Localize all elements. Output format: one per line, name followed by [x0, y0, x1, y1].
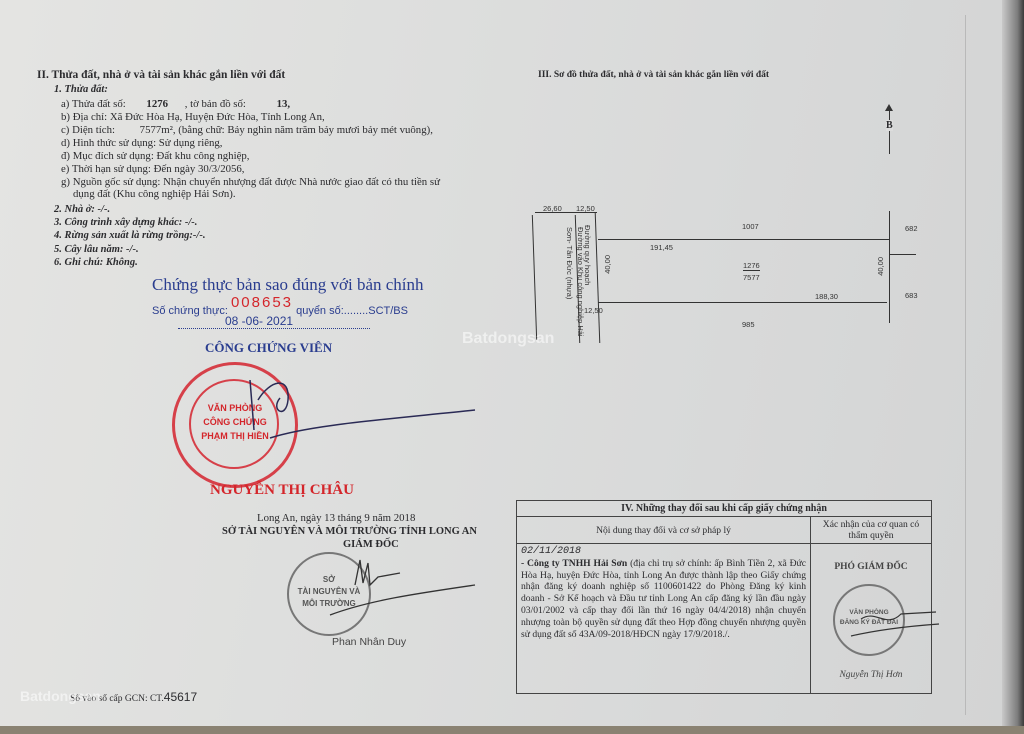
certification-number-value: 008653 [231, 294, 293, 311]
neighbor-ne-parcel: 682 [905, 224, 918, 233]
director-signature-icon [300, 555, 480, 625]
usage-origin-row: g) Nguồn gốc sử dụng: Nhận chuyển nhượng… [61, 176, 440, 188]
production-forest-item: 4. Rừng sản xuất là rừng trồng:-/-. [54, 230, 205, 241]
notary-name: NGUYỄN THỊ CHÂU [210, 482, 354, 499]
director-name: Phan Nhân Duy [332, 636, 406, 648]
parcel-number-label: 1276 [743, 261, 760, 271]
road-left-edge [532, 215, 537, 340]
area-value: 7577m², (bằng chữ: Bảy nghìn năm trăm bả… [140, 124, 433, 136]
certification-number-label: Số chứng thực: [152, 305, 228, 317]
parcel-number-value: 1276 [146, 98, 168, 110]
section-3-title: III. Sơ đồ thửa đất, nhà ở và tài sản kh… [538, 70, 769, 80]
issue-place-date: Long An, ngày 13 tháng 9 năm 2018 [257, 512, 415, 524]
notary-signature-icon [230, 370, 490, 450]
change-entry-date: 02/11/2018 [521, 546, 806, 558]
parcel-number-label: a) Thửa đất số: [61, 98, 126, 110]
change-entry: 02/11/2018 - Công ty TNHH Hải Sơn (địa c… [517, 544, 811, 694]
north-arrow-icon [885, 104, 893, 111]
usage-purpose-row: đ) Mục đích sử dụng: Đất khu công nghiệp… [61, 150, 249, 162]
registry-value: 45617 [164, 690, 197, 704]
watermark-center: Batdongsan [462, 330, 554, 348]
south-side-length: 188,30 [815, 292, 838, 301]
neighbor-se-parcel: 683 [905, 291, 918, 300]
section-4-title: IV. Những thay đổi sau khi cấp giấy chứn… [517, 501, 932, 517]
road-left-width: 26,60 [543, 204, 562, 213]
deputy-signature-icon [841, 604, 941, 644]
parcel-north-boundary [598, 239, 890, 240]
other-construction-item: 3. Công trình xây dựng khác: -/-. [54, 217, 197, 228]
perennial-tree-item: 5. Cây lâu năm: -/-. [54, 244, 139, 255]
land-parcel-heading: 1. Thửa đất: [54, 84, 108, 95]
issuing-authority: SỞ TÀI NGUYÊN VÀ MÔI TRƯỜNG TỈNH LONG AN [222, 526, 477, 537]
watermark-corner: Batdongsan [20, 688, 101, 704]
deputy-director-title: PHÓ GIÁM ĐỐC [815, 562, 927, 572]
issuer-position: GIÁM ĐỐC [343, 539, 399, 550]
usage-origin-row-2: dụng đất (Khu công nghiệp Hải Sơn). [73, 188, 236, 200]
notary-title: CÔNG CHỨNG VIÊN [205, 340, 332, 356]
road-planned-width-bottom: 12,50 [584, 306, 603, 315]
deputy-name: Nguyễn Thị Hơn [811, 670, 931, 680]
change-entry-text: (địa chỉ trụ sở chính: ấp Bình Tiền 2, x… [521, 558, 806, 640]
north-side-length: 191,45 [650, 243, 673, 252]
map-sheet-value: 13, [277, 98, 291, 110]
usage-form-row: d) Hình thức sử dụng: Sử dụng riêng, [61, 137, 223, 149]
road-right-edge [595, 213, 601, 343]
page-edge-shadow [1002, 0, 1024, 726]
parcel-area-label: 7577 [743, 273, 760, 282]
parcel-south-boundary [598, 302, 887, 303]
house-item: 2. Nhà ở: -/-. [54, 204, 110, 215]
certification-book-label: quyển số:........SCT/BS [296, 305, 408, 317]
north-label: B [886, 120, 893, 131]
area-label: c) Diện tích: [61, 124, 115, 136]
road-planned-width-top: 12,50 [576, 204, 595, 213]
address-row: b) Địa chỉ: Xã Đức Hòa Hạ, Huyện Đức Hòa… [61, 111, 325, 123]
certification-title: Chứng thực bản sao đúng với bản chính [152, 275, 424, 295]
neighbor-divider [890, 254, 916, 255]
area-row: c) Diện tích: 7577m², (bằng chữ: Bảy ngh… [61, 124, 433, 136]
changes-table: IV. Những thay đổi sau khi cấp giấy chứn… [516, 500, 932, 694]
parcel-east-boundary [889, 211, 890, 323]
change-entry-company: - Công ty TNHH Hải Sơn [521, 558, 627, 569]
note-item: 6. Ghi chú: Không. [54, 257, 138, 268]
section-2-title: II. Thửa đất, nhà ở và tài sản khác gắn … [37, 69, 285, 81]
west-side-length: 40,00 [603, 255, 612, 274]
parcel-number-row: a) Thửa đất số: 1276 , tờ bản đồ số: 13, [61, 98, 290, 110]
map-sheet-label: , tờ bản đồ số: [185, 98, 246, 110]
road-planned-name: Đường quy hoạch [583, 225, 592, 285]
certification-date: 08 -06- 2021 [225, 314, 293, 328]
usage-term-row: e) Thời hạn sử dụng: Đến ngày 30/3/2056, [61, 163, 245, 175]
neighbor-north-parcel: 1007 [742, 222, 759, 231]
change-content-header: Nội dung thay đổi và cơ sở pháp lý [517, 517, 811, 544]
authority-confirmation-cell: PHÓ GIÁM ĐỐC VĂN PHÒNG ĐĂNG KÝ ĐẤT ĐAI N… [811, 544, 932, 694]
page-fold [965, 15, 966, 715]
authority-confirmation-header: Xác nhận của cơ quan có thẩm quyền [811, 517, 932, 544]
north-arrow-shaft [889, 108, 890, 154]
east-side-length: 40,00 [876, 257, 885, 276]
parcel-diagram: 26,60 12,50 12,50 Đường vào Khu công ngh… [510, 195, 930, 355]
neighbor-south-parcel: 985 [742, 320, 755, 329]
certification-divider [178, 328, 370, 329]
